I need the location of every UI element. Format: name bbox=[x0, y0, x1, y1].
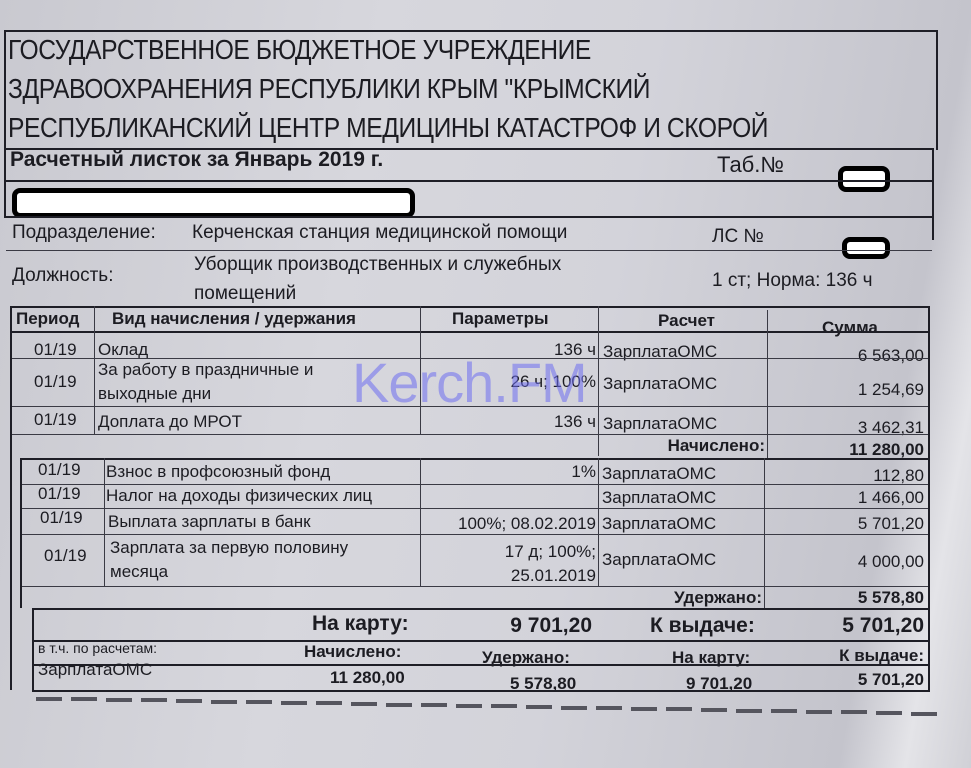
divider bbox=[32, 690, 930, 692]
cut-line-dash bbox=[106, 698, 132, 702]
divider bbox=[12, 434, 928, 435]
payslip-title: Расчетный листок за Январь 2019 г. bbox=[10, 148, 383, 172]
column-line bbox=[767, 310, 768, 460]
divider bbox=[22, 586, 928, 587]
cut-line-dash bbox=[351, 702, 377, 706]
cut-line-dash bbox=[561, 706, 587, 710]
divider bbox=[6, 250, 932, 251]
sum: 4 000,00 bbox=[770, 552, 924, 572]
ls-number-label: ЛС № bbox=[712, 226, 764, 248]
cut-line-dash bbox=[176, 699, 202, 703]
type: Взнос в профсоюзный фонд bbox=[106, 462, 330, 482]
period: 01/19 bbox=[38, 484, 81, 504]
type-line2: выходные дни bbox=[98, 384, 211, 404]
header-params: Параметры bbox=[452, 309, 549, 329]
table-top-border bbox=[10, 306, 930, 308]
column-line bbox=[94, 306, 95, 434]
to-pay-label: К выдаче: bbox=[650, 614, 755, 638]
divider bbox=[4, 180, 934, 182]
cut-line-dash bbox=[281, 701, 307, 705]
period: 01/19 bbox=[38, 460, 81, 480]
accrued-label: Начислено: bbox=[420, 436, 765, 456]
calc: ЗарплатаОМС bbox=[602, 514, 716, 534]
params-line2: 25.01.2019 bbox=[420, 566, 596, 586]
cut-line-dash bbox=[246, 700, 272, 704]
type: Выплата зарплаты в банк bbox=[108, 512, 311, 532]
type-line1: За работу в праздничные и bbox=[98, 360, 313, 380]
period: 01/19 bbox=[34, 372, 77, 392]
col-accrued-label: Начислено: bbox=[304, 642, 401, 662]
cut-line-dash bbox=[526, 705, 552, 709]
sum: 1 254,69 bbox=[770, 380, 924, 400]
cut-line-dash bbox=[701, 708, 727, 712]
cut-line-dash bbox=[421, 703, 447, 707]
col-pay-label: К выдаче: bbox=[770, 646, 924, 666]
cut-line-dash bbox=[211, 700, 237, 704]
type: Оклад bbox=[98, 340, 148, 360]
border bbox=[32, 608, 34, 690]
type: Доплата до МРОТ bbox=[98, 412, 242, 432]
withheld-total: 5 578,80 bbox=[770, 588, 924, 608]
border bbox=[4, 148, 6, 216]
period: 01/19 bbox=[34, 340, 77, 360]
to-pay-value: 5 701,20 bbox=[770, 614, 924, 638]
cut-line-dash bbox=[596, 706, 622, 710]
row-pay: 5 701,20 bbox=[770, 670, 924, 690]
border bbox=[10, 306, 12, 690]
border bbox=[928, 306, 930, 690]
cut-line-dash bbox=[491, 704, 517, 708]
type-line2: месяца bbox=[110, 562, 168, 582]
cut-line-dash bbox=[631, 707, 657, 711]
cut-line-dash bbox=[36, 697, 62, 701]
row-accrued: 11 280,00 bbox=[330, 668, 405, 688]
cut-line-dash bbox=[316, 701, 342, 705]
divider bbox=[22, 508, 928, 509]
department-label: Подразделение: bbox=[12, 222, 156, 244]
cut-line-dash bbox=[141, 698, 167, 702]
cut-line-dash bbox=[666, 707, 692, 711]
watermark: Kerch.FM bbox=[352, 350, 587, 415]
header-sum: Сумма bbox=[822, 318, 878, 338]
including-label: в т.ч. по расчетам: bbox=[38, 640, 157, 656]
cut-line-dash bbox=[911, 712, 937, 716]
cut-line-dash bbox=[736, 709, 762, 713]
sum: 1 466,00 bbox=[770, 488, 924, 508]
divider bbox=[4, 216, 934, 218]
calc: ЗарплатаОМС bbox=[602, 488, 716, 508]
cut-line-dash bbox=[386, 703, 412, 707]
params-line1: 17 д; 100%; bbox=[420, 542, 596, 562]
params: 1% bbox=[420, 462, 596, 482]
sum: 3 462,31 bbox=[770, 418, 924, 438]
rate-norm: 1 ст; Норма: 136 ч bbox=[712, 270, 873, 292]
divider bbox=[22, 484, 928, 485]
header-calc: Расчет bbox=[658, 311, 715, 331]
sum: 5 701,20 bbox=[770, 514, 924, 534]
period: 01/19 bbox=[44, 546, 87, 566]
border bbox=[932, 148, 934, 240]
calc: ЗарплатаОМС bbox=[603, 414, 717, 434]
org-line-3: РЕСПУБЛИКАНСКИЙ ЦЕНТР МЕДИЦИНЫ КАТАСТРОФ… bbox=[8, 112, 768, 144]
column-line bbox=[598, 458, 599, 586]
calc: ЗарплатаОМС bbox=[602, 464, 716, 484]
cut-line-dash bbox=[876, 711, 902, 715]
accrued-total: 11 280,00 bbox=[770, 440, 924, 460]
org-line-2: ЗДРАВООХРАНЕНИЯ РЕСПУБЛИКИ КРЫМ "КРЫМСКИ… bbox=[8, 73, 650, 105]
params: 136 ч bbox=[420, 412, 596, 432]
sum: 112,80 bbox=[770, 466, 924, 486]
divider bbox=[10, 331, 930, 333]
column-line bbox=[104, 458, 105, 586]
cut-line-dash bbox=[71, 697, 97, 701]
org-line-1: ГОСУДАРСТВЕННОЕ БЮДЖЕТНОЕ УЧРЕЖДЕНИЕ bbox=[8, 34, 591, 66]
position-value-line2: помещений bbox=[194, 283, 296, 305]
header-period: Период bbox=[16, 309, 79, 329]
redacted-ls-number bbox=[842, 237, 890, 259]
params: 100%; 08.02.2019 bbox=[420, 514, 596, 534]
divider bbox=[32, 608, 930, 610]
type: Налог на доходы физических лиц bbox=[106, 486, 372, 506]
period: 01/19 bbox=[34, 410, 77, 430]
period: 01/19 bbox=[40, 508, 83, 528]
withheld-label: Удержано: bbox=[420, 588, 762, 608]
department-value: Керченская станция медицинской помощи bbox=[192, 222, 567, 244]
header-type: Вид начисления / удержания bbox=[112, 309, 356, 329]
calc: ЗарплатаОМС bbox=[603, 374, 717, 394]
divider bbox=[32, 664, 930, 666]
cut-line-dash bbox=[456, 704, 482, 708]
sum: 6 563,00 bbox=[770, 346, 924, 366]
tab-number-label: Таб.№ bbox=[717, 152, 784, 178]
redacted-employee-name bbox=[12, 188, 415, 218]
to-card-label: На карту: bbox=[312, 612, 409, 636]
calc: ЗарплатаОМС bbox=[602, 550, 716, 570]
row-name: ЗарплатаОМС bbox=[38, 660, 152, 680]
cut-line-dash bbox=[841, 710, 867, 714]
to-card-value: 9 701,20 bbox=[450, 614, 592, 638]
type-line1: Зарплата за первую половину bbox=[110, 538, 348, 558]
cut-line-dash bbox=[806, 710, 832, 714]
cut-line-dash bbox=[771, 709, 797, 713]
calc: ЗарплатаОМС bbox=[603, 342, 717, 362]
divider bbox=[32, 640, 930, 642]
position-value-line1: Уборщик производственных и служебных bbox=[194, 254, 561, 276]
divider bbox=[22, 534, 928, 535]
position-label: Должность: bbox=[12, 265, 113, 287]
redacted-tab-number bbox=[838, 166, 890, 192]
divider bbox=[20, 458, 930, 460]
